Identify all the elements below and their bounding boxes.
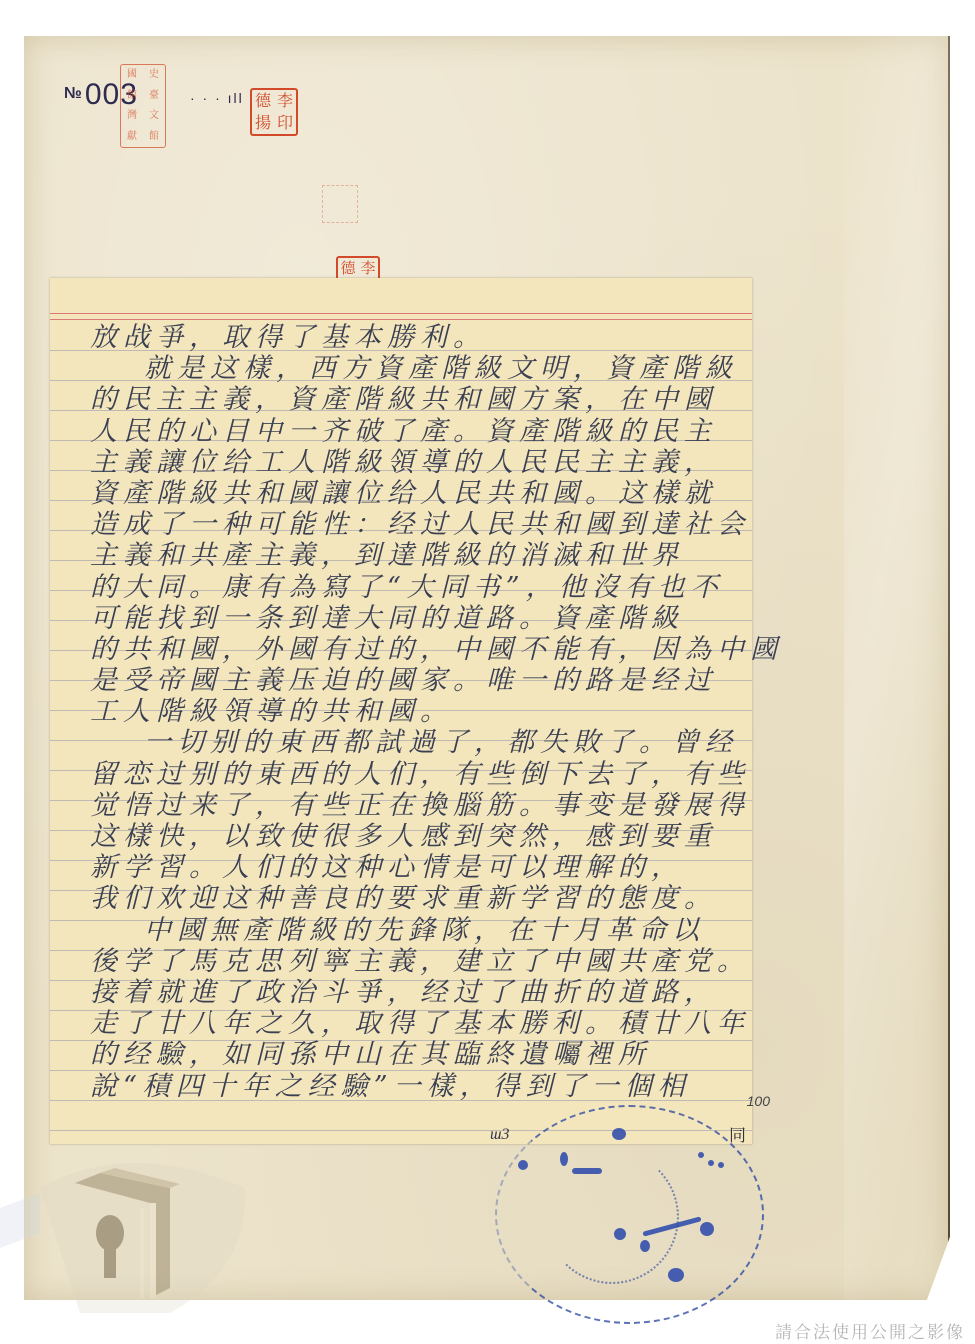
watermark-notice: 請合法使用公開之影像 (775, 1318, 965, 1343)
ink-spot (614, 1228, 626, 1240)
text-line: 这樣快，以致使很多人感到突然，感到要重 (90, 821, 730, 852)
text-line: 的经驗，如同孫中山在其臨終遺囑裡所 (90, 1039, 730, 1070)
seal-char: 揚 (255, 115, 271, 131)
text-line: 造成了一种可能性：经过人民共和國到達社会 (90, 509, 730, 540)
ink-spot (612, 1128, 626, 1140)
ink-spot (700, 1222, 714, 1236)
seal-char: 國 (127, 70, 137, 80)
ink-spot (708, 1160, 714, 1166)
seal-char: 館 (127, 91, 137, 101)
name-seal-stamp: 德 李 揚 印 (250, 88, 298, 136)
text-line: 的大同。康有為寫了“大同书”，他沒有也不 (90, 572, 730, 603)
text-line: 主義和共產主義，到達階級的消滅和世界 (90, 540, 730, 571)
text-line: 的民主主義，資產階級共和國方案，在中國 (90, 384, 730, 415)
faint-seal-impression (322, 185, 358, 223)
ink-spot (572, 1168, 602, 1174)
seal-char: 灣 (127, 111, 137, 121)
text-line: 資產階級共和國讓位给人民共和國。这樣就 (90, 478, 730, 509)
seal-char: 李 (360, 261, 375, 276)
text-line: 工人階級領導的共和國。 (90, 696, 730, 727)
text-line: 後学了馬克思列寧主義，建立了中國共產党。 (90, 946, 730, 977)
text-line: 說“積四十年之经驗”一樣，得到了一個相 (90, 1071, 730, 1102)
seal-char: 史 (149, 70, 159, 80)
seal-char: 印 (277, 115, 293, 131)
text-line: 我们欢迎这种善良的要求重新学習的態度。 (90, 883, 730, 914)
ink-spot (518, 1160, 528, 1170)
text-line: 觉悟过来了，有些正在換腦筋。事变是發展得 (90, 790, 730, 821)
handwritten-note-sheet: 放战爭，取得了基本勝利。 就是这樣，西方資產階級文明，資產階級 的民主主義，資產… (50, 278, 752, 1144)
serial-marks: · · · ıll (190, 90, 244, 106)
ink-spot (718, 1162, 724, 1168)
ink-spot (698, 1152, 704, 1158)
text-line: 人民的心目中一齐破了產。資產階級的民主 (90, 416, 730, 447)
postmark-inner-ring (545, 1150, 679, 1284)
text-line: 中國無產階級的先鋒隊，在十月革命以 (90, 915, 730, 946)
handwritten-text: 放战爭，取得了基本勝利。 就是这樣，西方資產階級文明，資產階級 的民主主義，資產… (90, 322, 730, 1102)
text-line: 主義讓位给工人階級領導的人民民主主義， (90, 447, 730, 478)
text-line: 一切别的東西都試過了，都失敗了。曾经 (90, 727, 730, 758)
ink-spot (640, 1240, 650, 1252)
paper-fold-crease (844, 36, 954, 1300)
seal-char: 德 (340, 261, 355, 276)
text-line: 留恋过别的東西的人们，有些倒下去了，有些 (90, 759, 730, 790)
seal-char: 文 (149, 111, 159, 121)
seal-char: 臺 (149, 91, 159, 101)
text-line: 走了廿八年之久，取得了基本勝利。積廿八年 (90, 1008, 730, 1039)
ink-spot (560, 1152, 568, 1166)
text-line: 接着就進了政治斗爭，经过了曲折的道路， (90, 977, 730, 1008)
margin-number: 100 (747, 1093, 770, 1109)
text-line: 是受帝國主義压迫的國家。唯一的路是经过 (90, 665, 730, 696)
text-line: 放战爭，取得了基本勝利。 (90, 322, 730, 353)
archive-logo-watermark (0, 1148, 250, 1313)
seal-char: 李 (277, 93, 293, 109)
serial-prefix: № (64, 85, 83, 102)
text-line: 可能找到一条到達大同的道路。資產階級 (90, 603, 730, 634)
seal-char: 館 (149, 132, 159, 142)
red-double-rule (50, 313, 752, 320)
text-line: 新学習。人们的这种心情是可以理解的， (90, 852, 730, 883)
ink-spot (668, 1268, 684, 1282)
seal-char: 獻 (127, 132, 137, 142)
page-mark: ɯ3 (490, 1126, 510, 1144)
text-line: 的共和國，外國有过的，中國不能有，因為中國 (90, 634, 730, 665)
seal-char: 德 (255, 93, 271, 109)
archive-seal-stamp: 國 史 館 臺 灣 文 獻 館 (120, 64, 166, 148)
text-line: 就是这樣，西方資產階級文明，資產階級 (90, 353, 730, 384)
